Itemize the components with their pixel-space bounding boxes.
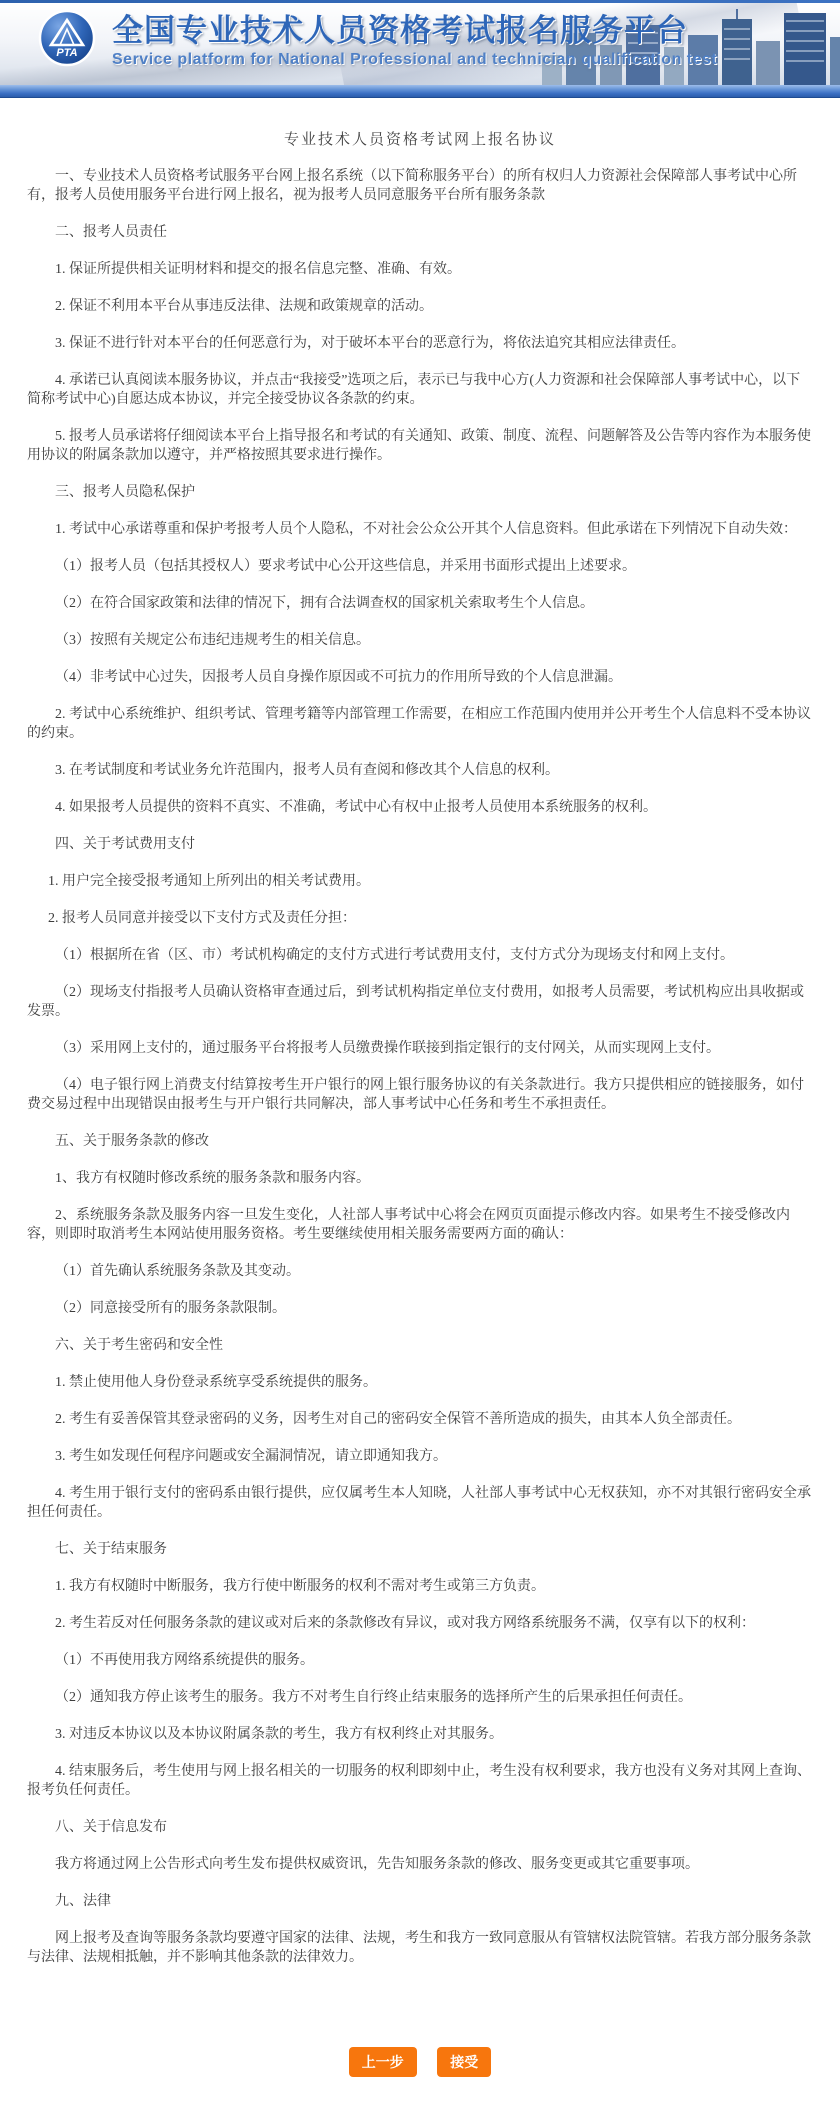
agreement-paragraph: 4. 如果报考人员提供的资料不真实、不准确，考试中心有权中止报考人员使用本系统服… bbox=[27, 798, 813, 817]
agreement-paragraph: 5. 报考人员承诺将仔细阅读本平台上指导报名和考试的有关通知、政策、制度、流程、… bbox=[27, 427, 813, 465]
agreement-paragraph: 五、关于服务条款的修改 bbox=[27, 1132, 813, 1151]
agreement-paragraph: 六、关于考生密码和安全性 bbox=[27, 1336, 813, 1355]
page: { "header": { "logo_text": "PTA", "title… bbox=[0, 0, 840, 2107]
agreement-paragraph: 1. 我方有权随时中断服务，我方行使中断服务的权利不需对考生或第三方负责。 bbox=[27, 1577, 813, 1596]
header-banner: PTA 全国专业技术人员资格考试报名服务平台 Service platform … bbox=[0, 3, 840, 85]
agreement-paragraph: 一、专业技术人员资格考试服务平台网上报名系统（以下简称服务平台）的所有权归人力资… bbox=[27, 167, 813, 205]
agreement-paragraph: （1）首先确认系统服务条款及其变动。 bbox=[27, 1262, 813, 1281]
agreement-paragraph: （3）采用网上支付的，通过服务平台将报考人员缴费操作联接到指定银行的支付网关，从… bbox=[27, 1039, 813, 1058]
agreement-paragraph: （2）在符合国家政策和法律的情况下，拥有合法调查权的国家机关索取考生个人信息。 bbox=[27, 594, 813, 613]
agreement-paragraph: （2）现场支付指报考人员确认资格审查通过后，到考试机构指定单位支付费用，如报考人… bbox=[27, 983, 813, 1021]
agreement-paragraph: 2. 考生有妥善保管其登录密码的义务，因考生对自己的密码安全保管不善所造成的损失… bbox=[27, 1410, 813, 1429]
accept-button[interactable]: 接受 bbox=[437, 2047, 491, 2077]
agreement-paragraph: 2. 考生若反对任何服务条款的建议或对后来的条款修改有异议，或对我方网络系统服务… bbox=[27, 1614, 813, 1633]
agreement-paragraph: 2. 保证不利用本平台从事违反法律、法规和政策规章的活动。 bbox=[27, 297, 813, 316]
agreement-paragraph: （4）非考试中心过失，因报考人员自身操作原因或不可抗力的作用所导致的个人信息泄漏… bbox=[27, 668, 813, 687]
pta-logo-text: PTA bbox=[56, 47, 77, 59]
agreement-paragraph: （3）按照有关规定公布违纪违规考生的相关信息。 bbox=[27, 631, 813, 650]
agreement-paragraph: 三、报考人员隐私保护 bbox=[27, 483, 813, 502]
header-bottom-bar bbox=[0, 85, 840, 98]
agreement-paragraph: 网上报考及查询等服务条款均要遵守国家的法律、法规，考生和我方一致同意服从有管辖权… bbox=[27, 1929, 813, 1967]
agreement-paragraph: 4. 承诺已认真阅读本服务协议，并点击“我接受”选项之后，表示已与我中心方(人力… bbox=[27, 371, 813, 409]
header-titles: 全国专业技术人员资格考试报名服务平台 Service platform for … bbox=[112, 5, 717, 69]
agreement-paragraph: 2. 考试中心系统维护、组织考试、管理考籍等内部管理工作需要，在相应工作范围内使… bbox=[27, 705, 813, 743]
agreement-paragraph: 1. 保证所提供相关证明材料和提交的报名信息完整、准确、有效。 bbox=[27, 260, 813, 279]
agreement-body: 一、专业技术人员资格考试服务平台网上报名系统（以下简称服务平台）的所有权归人力资… bbox=[27, 167, 813, 1967]
agreement-paragraph: 4. 结束服务后，考生使用与网上报名相关的一切服务的权利即刻中止，考生没有权利要… bbox=[27, 1762, 813, 1800]
agreement-paragraph: 九、法律 bbox=[27, 1892, 813, 1911]
agreement-paragraph: 1. 考试中心承诺尊重和保护考报考人员个人隐私，不对社会公众公开其个人信息资料。… bbox=[27, 520, 813, 539]
agreement-paragraph: 八、关于信息发布 bbox=[27, 1818, 813, 1837]
agreement-paragraph: 1. 禁止使用他人身份登录系统享受系统提供的服务。 bbox=[27, 1373, 813, 1392]
agreement-paragraph: 3. 对违反本协议以及本协议附属条款的考生，我方有权利终止对其服务。 bbox=[27, 1725, 813, 1744]
site-header: PTA 全国专业技术人员资格考试报名服务平台 Service platform … bbox=[0, 0, 840, 98]
agreement-content: 专业技术人员资格考试网上报名协议 一、专业技术人员资格考试服务平台网上报名系统（… bbox=[0, 98, 840, 2107]
button-row: 上一步 接受 bbox=[27, 2047, 813, 2093]
agreement-paragraph: （1）根据所在省（区、市）考试机构确定的支付方式进行考试费用支付，支付方式分为现… bbox=[27, 946, 813, 965]
agreement-paragraph: 二、报考人员责任 bbox=[27, 223, 813, 242]
agreement-paragraph: 4. 考生用于银行支付的密码系由银行提供，应仅属考生本人知晓，人社部人事考试中心… bbox=[27, 1484, 813, 1522]
agreement-paragraph: 我方将通过网上公告形式向考生发布提供权威资讯，先告知服务条款的修改、服务变更或其… bbox=[27, 1855, 813, 1874]
pta-logo-icon: PTA bbox=[38, 9, 96, 67]
agreement-paragraph: 七、关于结束服务 bbox=[27, 1540, 813, 1559]
agreement-paragraph: 3. 在考试制度和考试业务允许范围内，报考人员有查阅和修改其个人信息的权利。 bbox=[27, 761, 813, 780]
agreement-paragraph: 2. 报考人员同意并接受以下支付方式及责任分担： bbox=[27, 909, 813, 928]
previous-step-button[interactable]: 上一步 bbox=[349, 2047, 417, 2077]
agreement-paragraph: 3. 保证不进行针对本平台的任何恶意行为，对于破坏本平台的恶意行为，将依法追究其… bbox=[27, 334, 813, 353]
agreement-paragraph: 1. 用户完全接受报考通知上所列出的相关考试费用。 bbox=[27, 872, 813, 891]
agreement-paragraph: （2）通知我方停止该考生的服务。我方不对考生自行终止结束服务的选择所产生的后果承… bbox=[27, 1688, 813, 1707]
agreement-paragraph: 1、我方有权随时修改系统的服务条款和服务内容。 bbox=[27, 1169, 813, 1188]
agreement-paragraph: （1）不再使用我方网络系统提供的服务。 bbox=[27, 1651, 813, 1670]
agreement-paragraph: （2）同意接受所有的服务条款限制。 bbox=[27, 1299, 813, 1318]
agreement-paragraph: （4）电子银行网上消费支付结算按考生开户银行的网上银行服务协议的有关条款进行。我… bbox=[27, 1076, 813, 1114]
agreement-title: 专业技术人员资格考试网上报名协议 bbox=[27, 128, 813, 149]
agreement-paragraph: （1）报考人员（包括其授权人）要求考试中心公开这些信息，并采用书面形式提出上述要… bbox=[27, 557, 813, 576]
agreement-paragraph: 四、关于考试费用支付 bbox=[27, 835, 813, 854]
agreement-paragraph: 3. 考生如发现任何程序问题或安全漏洞情况，请立即通知我方。 bbox=[27, 1447, 813, 1466]
site-title: 全国专业技术人员资格考试报名服务平台 bbox=[112, 5, 717, 50]
site-subtitle: Service platform for National Profession… bbox=[112, 51, 717, 69]
agreement-paragraph: 2、系统服务条款及服务内容一旦发生变化，人社部人事考试中心将会在网页页面提示修改… bbox=[27, 1206, 813, 1244]
